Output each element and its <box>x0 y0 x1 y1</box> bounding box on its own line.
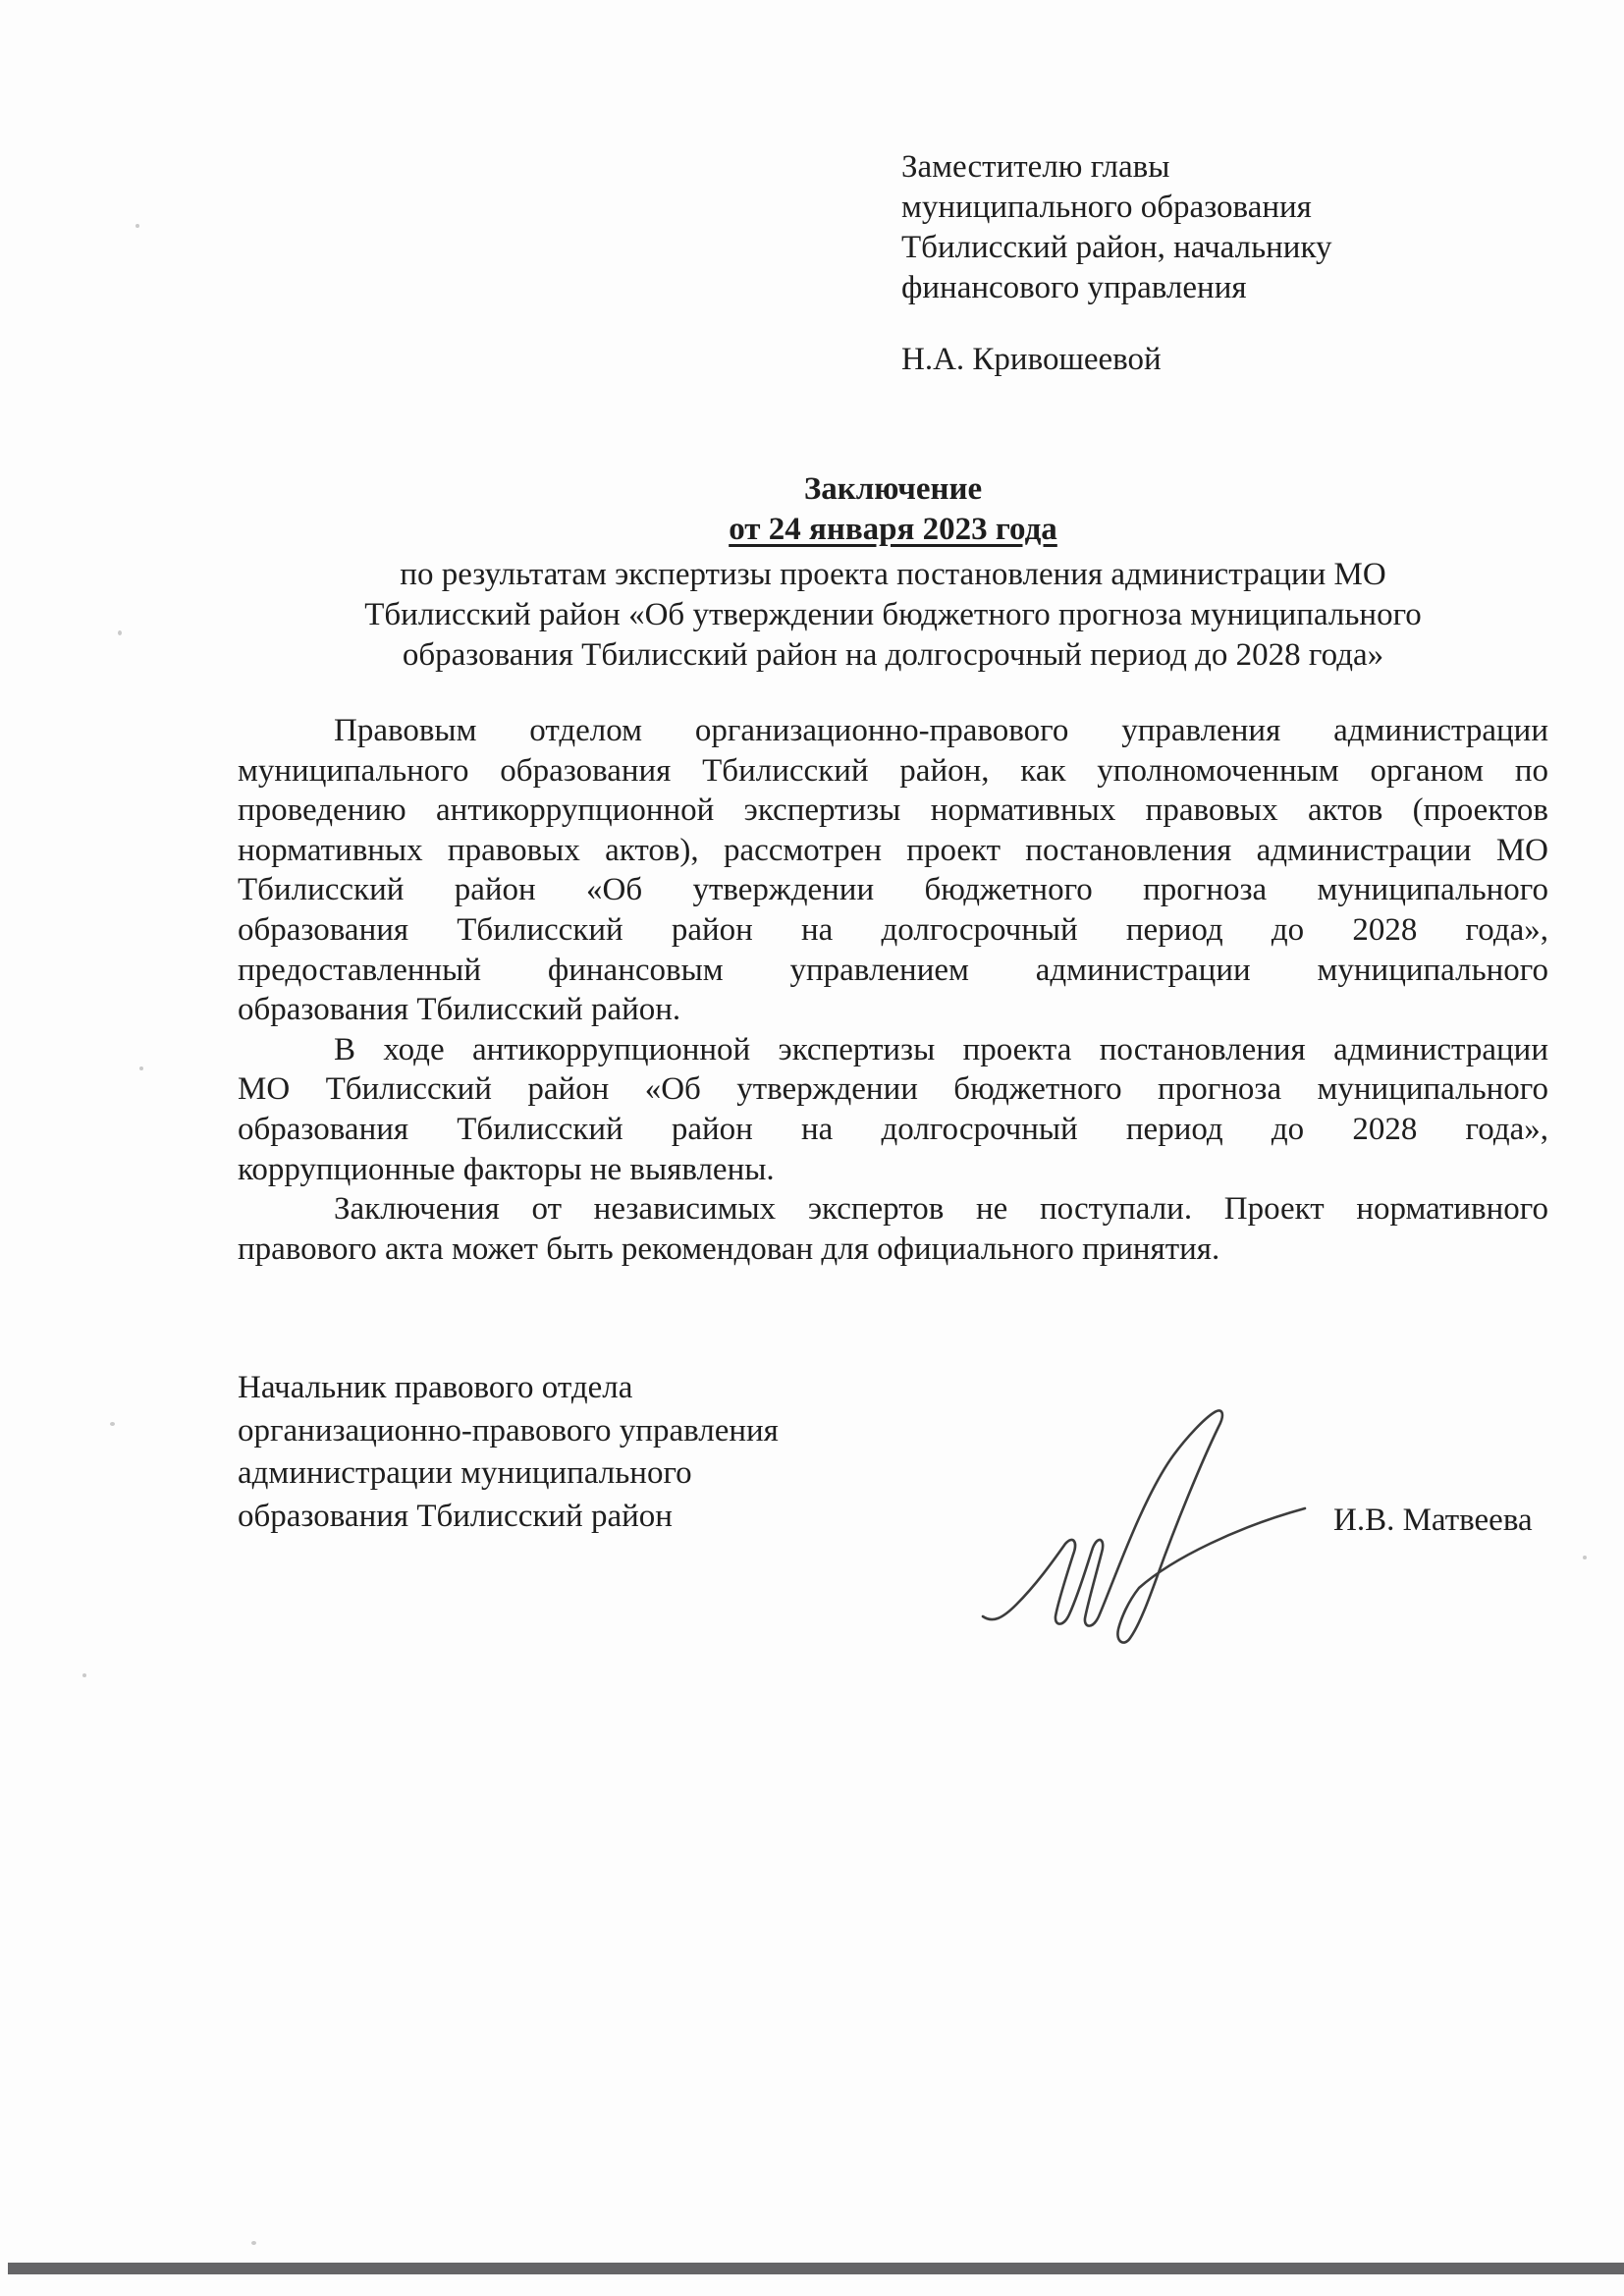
addressee-lines: Заместителю главымуниципального образова… <box>901 147 1332 308</box>
scanned-document-page: Заместителю главымуниципального образова… <box>0 0 1624 2296</box>
scan-speck <box>251 2241 256 2245</box>
scan-edge-bar <box>8 2263 1624 2274</box>
addressee-block: Заместителю главымуниципального образова… <box>901 147 1332 380</box>
scan-speck <box>82 1673 86 1677</box>
body-text: Правовым отделом организационно-правовог… <box>238 711 1548 1269</box>
body-line: образования Тбилисский район на долгосро… <box>238 1110 1548 1150</box>
body-line: проведению антикоррупционной экспертизы … <box>238 791 1548 831</box>
handwritten-signature-icon <box>977 1402 1316 1653</box>
body-line: МО Тбилисский район «Об утверждении бюдж… <box>238 1069 1548 1110</box>
scan-speck <box>139 1066 143 1070</box>
title-subtitle-line: образования Тбилисский район на долгосро… <box>238 635 1548 676</box>
body-line: муниципального образования Тбилисский ра… <box>238 751 1548 792</box>
body-line: предоставленный финансовым управлением а… <box>238 951 1548 991</box>
scan-speck <box>118 630 122 635</box>
addressee-line: Заместителю главы <box>901 147 1332 188</box>
document-date-underlined: от 24 января 2023 года <box>729 512 1057 547</box>
paragraph-2: В ходе антикоррупционной экспертизы прое… <box>238 1030 1548 1189</box>
addressee-name: Н.А. Кривошеевой <box>901 340 1332 380</box>
body-line: Тбилисский район «Об утверждении бюджетн… <box>238 870 1548 910</box>
document-date-line: от 24 января 2023 года <box>238 510 1548 550</box>
signer-role-line: организационно-правового управления <box>238 1410 779 1453</box>
paragraph-1: Правовым отделом организационно-правовог… <box>238 711 1548 1030</box>
body-line: коррупционные факторы не выявлены. <box>238 1150 1548 1190</box>
body-line: В ходе антикоррупционной экспертизы прое… <box>238 1030 1548 1070</box>
title-subtitle: по результатам экспертизы проекта постан… <box>238 555 1548 676</box>
body-line: образования Тбилисский район на долгосро… <box>238 910 1548 951</box>
body-line: образования Тбилисский район. <box>238 990 1548 1030</box>
addressee-line: Тбилисский район, начальнику <box>901 228 1332 268</box>
title-block: Заключение от 24 января 2023 года по рез… <box>238 469 1548 676</box>
addressee-line: финансового управления <box>901 268 1332 308</box>
signer-name: И.В. Матвеева <box>1333 1501 1533 1541</box>
body-line: правового акта может быть рекомендован д… <box>238 1230 1548 1270</box>
signer-role-block: Начальник правового отделаорганизационно… <box>238 1367 779 1538</box>
signer-role-line: образования Тбилисский район <box>238 1496 779 1539</box>
addressee-line: муниципального образования <box>901 188 1332 228</box>
title-subtitle-line: по результатам экспертизы проекта постан… <box>238 555 1548 595</box>
paragraph-3: Заключения от независимых экспертов не п… <box>238 1189 1548 1269</box>
body-line: Правовым отделом организационно-правовог… <box>238 711 1548 751</box>
document-title: Заключение <box>238 469 1548 510</box>
body-line: нормативных правовых актов), рассмотрен … <box>238 831 1548 871</box>
scan-speck <box>1583 1556 1587 1559</box>
body-line: Заключения от независимых экспертов не п… <box>238 1189 1548 1230</box>
title-subtitle-line: Тбилисский район «Об утверждении бюджетн… <box>238 595 1548 635</box>
signer-role-line: администрации муниципального <box>238 1452 779 1496</box>
scan-speck <box>110 1422 115 1426</box>
signer-role-line: Начальник правового отдела <box>238 1367 779 1410</box>
scan-speck <box>135 224 139 228</box>
